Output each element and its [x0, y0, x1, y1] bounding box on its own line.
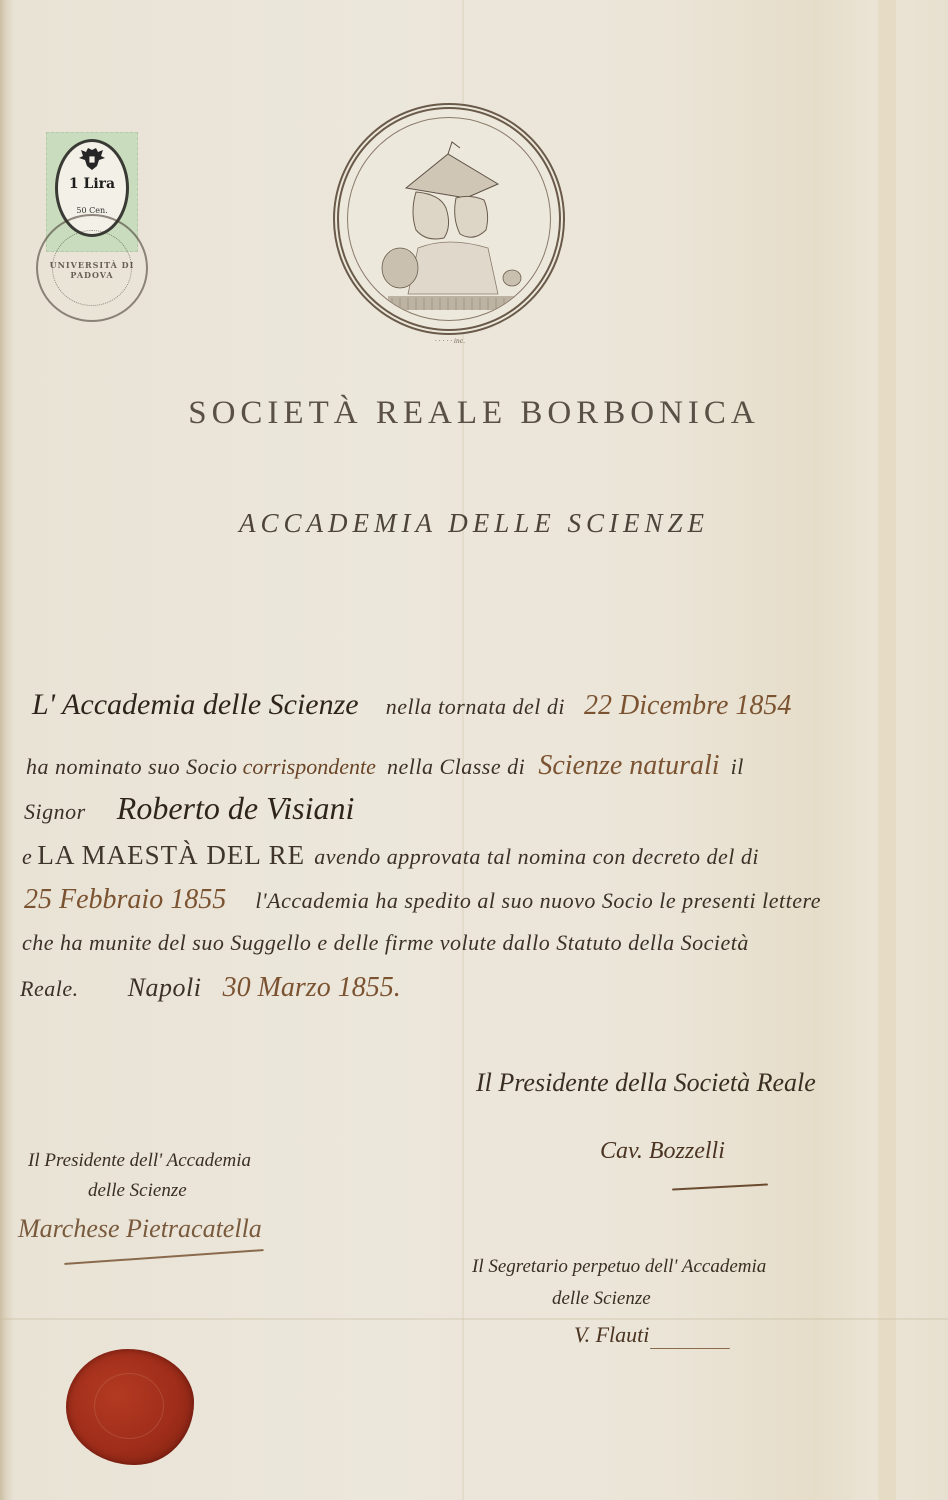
fold-line-horizontal: [0, 1318, 948, 1320]
printed-text: l'Accademia ha spedito al suo nuovo Soci…: [255, 888, 821, 913]
society-president-title: Il Presidente della Società Reale: [476, 1068, 816, 1098]
academy-president-signature: Marchese Pietracatella: [18, 1214, 262, 1244]
secretary-signature: V. Flauti: [574, 1322, 649, 1348]
member-name: Roberto de Visiani: [117, 790, 355, 826]
printed-text: nella tornata del di: [386, 694, 565, 719]
academy-subtitle: ACCADEMIA DELLE SCIENZE: [0, 508, 948, 539]
secretary-title-line2: delle Scienze: [552, 1288, 651, 1310]
handwritten-text: corrispondente: [243, 754, 376, 779]
society-president-signature: Cav. Bozzelli: [600, 1138, 725, 1165]
body-line-1: L' Accademia delle Scienze nella tornata…: [32, 688, 791, 722]
body-line-3: Signor Roberto de Visiani: [24, 790, 354, 827]
printed-text: che ha munite del suo Suggello e delle f…: [22, 930, 749, 955]
engraved-medallion: [333, 103, 565, 335]
handwritten-date: 30 Marzo 1855.: [223, 972, 401, 1003]
body-line-4: e LA MAESTÀ DEL RE avendo approvata tal …: [22, 840, 759, 871]
printed-text: il: [731, 754, 744, 779]
printed-text: L' Accademia delle Scienze: [32, 688, 359, 721]
printed-text: avendo approvata tal nomina con decreto …: [314, 844, 759, 869]
academy-president-title-line1: Il Presidente dell' Accademia: [28, 1150, 251, 1172]
handwritten-date: 25 Febbraio 1855: [24, 884, 226, 915]
academy-president-title-line2: delle Scienze: [88, 1180, 187, 1202]
body-line-2: ha nominato suo Socio corrispondente nel…: [26, 750, 744, 782]
secretary-title-line1: Il Segretario perpetuo dell' Accademia: [472, 1256, 766, 1278]
handwritten-class: Scienze naturali: [538, 750, 719, 781]
red-wax-seal-icon: [66, 1349, 194, 1465]
body-line-7: Reale. Napoli 30 Marzo 1855.: [20, 972, 401, 1004]
handwritten-date: 22 Dicembre 1854: [584, 690, 791, 721]
postmark-cancel: UNIVERSITÀ DI PADOVA: [36, 214, 148, 322]
society-title: SOCIETÀ REALE BORBONICA: [0, 395, 948, 432]
conjoined-heads-icon: [348, 118, 551, 321]
medallion-image: [347, 117, 551, 321]
printed-caps: LA MAESTÀ DEL RE: [37, 840, 305, 870]
body-line-5: 25 Febbraio 1855 l'Accademia ha spedito …: [24, 884, 821, 916]
double-headed-eagle-icon: [58, 146, 126, 176]
printed-text: ha nominato suo Socio: [26, 754, 238, 779]
printed-text: nella Classe di: [387, 754, 525, 779]
signature-flourish: [650, 1348, 730, 1349]
engraver-credit: · · · · · inc.: [405, 338, 495, 345]
stamp-value: 1 Lira: [58, 176, 126, 192]
postmark-text: UNIVERSITÀ DI PADOVA: [38, 260, 146, 280]
printed-text: e: [22, 844, 32, 869]
printed-text: Reale.: [20, 976, 79, 1001]
printed-text: Napoli: [128, 973, 202, 1002]
seal-impression: [94, 1373, 164, 1439]
body-line-6: che ha munite del suo Suggello e delle f…: [22, 930, 749, 956]
paper-stain: [878, 0, 896, 1500]
printed-text: Signor: [24, 799, 86, 824]
